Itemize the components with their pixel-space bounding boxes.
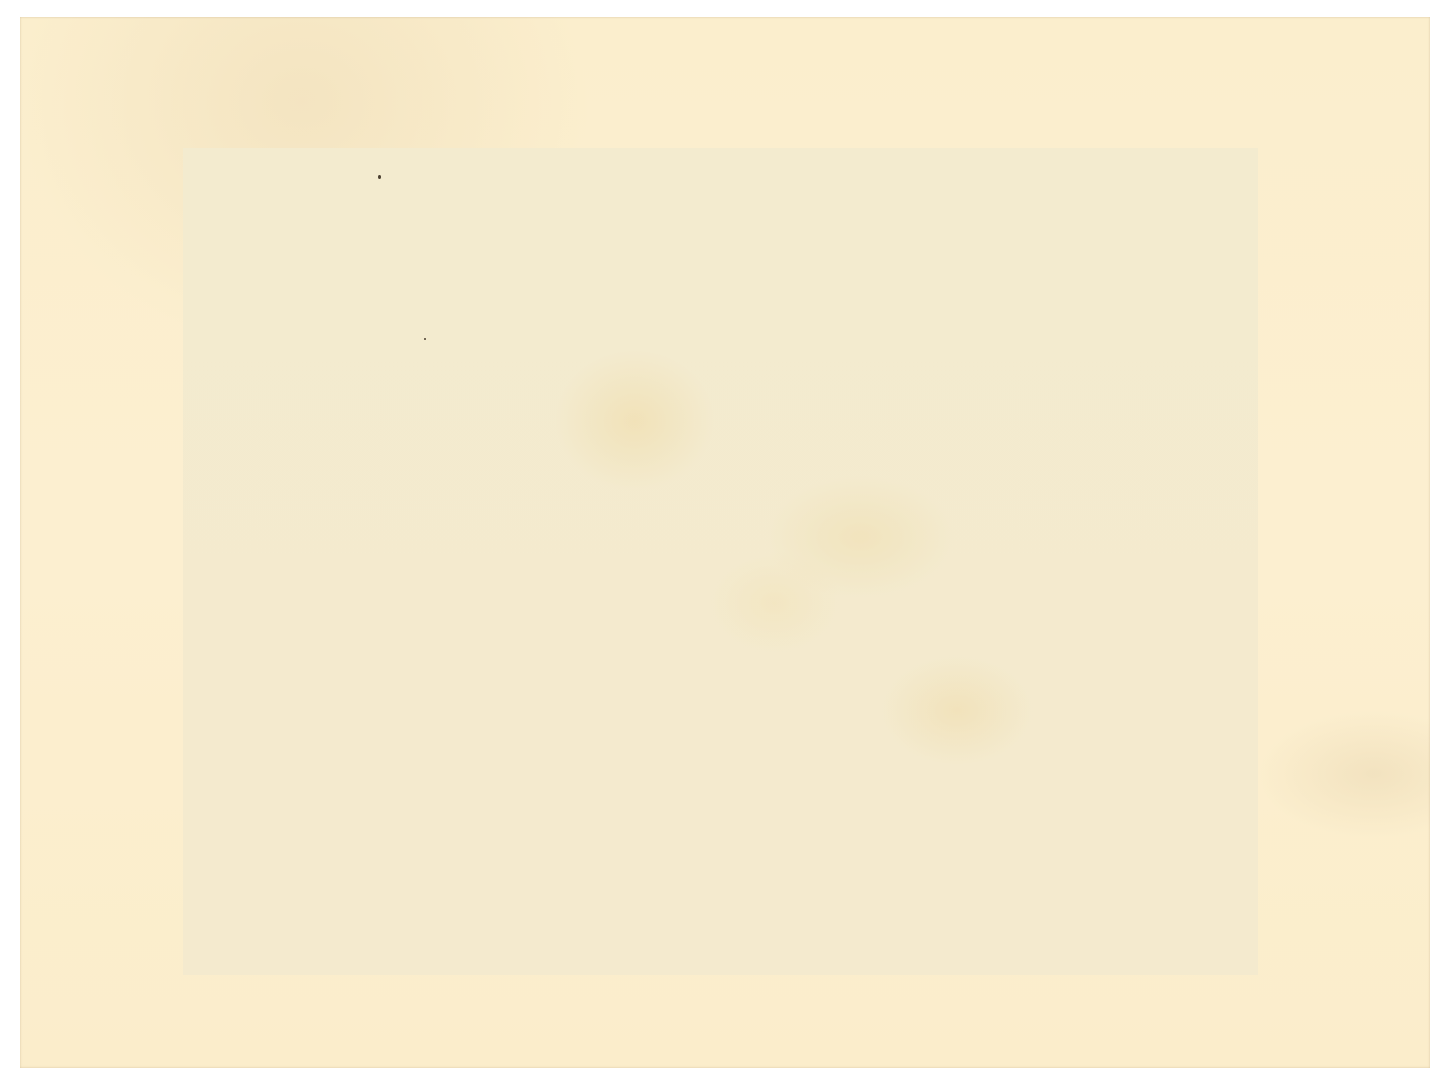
paper-sheet — [20, 17, 1430, 1068]
plate-mark-area — [183, 148, 1258, 975]
ink-speck — [378, 175, 381, 179]
ink-speck — [424, 338, 426, 340]
